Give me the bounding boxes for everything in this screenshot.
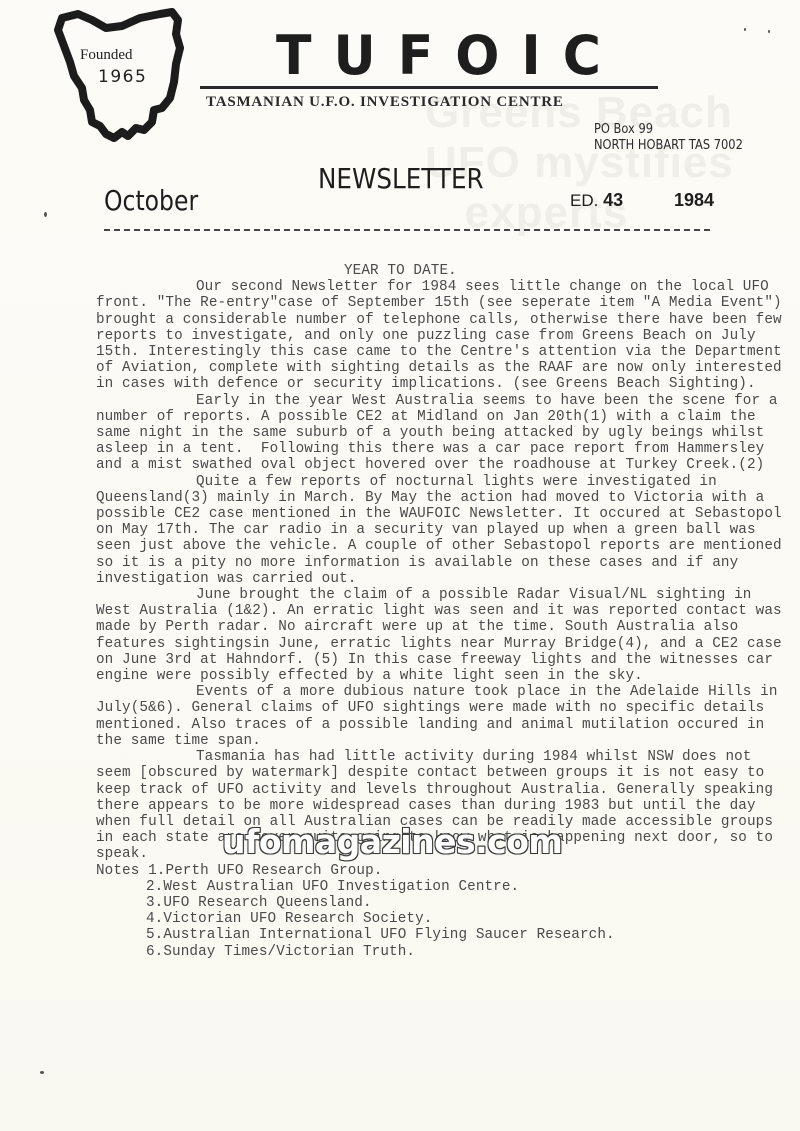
paper-speck [40, 1071, 44, 1074]
issue-year: 1984 [674, 190, 714, 211]
paper-speck [44, 212, 47, 217]
edition-value: 43 [603, 190, 623, 210]
paper-speck [744, 28, 746, 31]
logo-founded-label: Founded [80, 47, 133, 64]
note-item: 1.Perth UFO Research Group. [148, 863, 382, 879]
paper-speck [768, 30, 770, 33]
newsletter-page: Greens Beach UFO mystifies experts Found… [0, 0, 800, 1131]
organization-name: TASMANIAN U.F.O. INVESTIGATION CENTRE [206, 94, 564, 111]
edition-label: ED. [570, 191, 598, 210]
address-line-2: NORTH HOBART TAS 7002 [594, 138, 743, 154]
address-line-1: PO Box 99 [594, 122, 743, 138]
edition-number: ED. 43 [570, 190, 623, 211]
note-item: 6.Sunday Times/Victorian Truth. [96, 944, 786, 960]
note-item: 3.UFO Research Queensland. [96, 895, 786, 911]
postal-address: PO Box 99 NORTH HOBART TAS 7002 [594, 122, 743, 154]
article-paragraph: June brought the claim of a possible Rad… [96, 587, 786, 684]
article-heading: YEAR TO DATE. [96, 263, 786, 279]
logo-founded-year: 1965 [98, 67, 147, 87]
issue-month: October [104, 184, 198, 217]
notes-label: Notes [96, 863, 139, 879]
notes-list: Notes 1.Perth UFO Research Group. 2.West… [96, 863, 786, 960]
article-paragraph: Quite a few reports of nocturnal lights … [96, 474, 786, 587]
publication-title: NEWSLETTER [318, 162, 484, 195]
note-item: 4.Victorian UFO Research Society. [96, 911, 786, 927]
article-paragraph: Our second Newsletter for 1984 sees litt… [96, 279, 786, 392]
notes-first-item: Notes 1.Perth UFO Research Group. [96, 863, 786, 879]
note-item: 5.Australian International UFO Flying Sa… [96, 927, 786, 943]
dashed-divider [104, 229, 710, 231]
article-paragraph: Early in the year West Australia seems t… [96, 393, 786, 474]
article-paragraph: Events of a more dubious nature took pla… [96, 684, 786, 749]
site-watermark: ufomagazines.com [222, 822, 562, 861]
brand-title: TUFOIC [276, 25, 623, 88]
note-item: 2.West Australian UFO Investigation Cent… [96, 879, 786, 895]
brand-rule-divider [200, 86, 658, 89]
tasmania-logo: Founded 1965 [48, 4, 188, 146]
